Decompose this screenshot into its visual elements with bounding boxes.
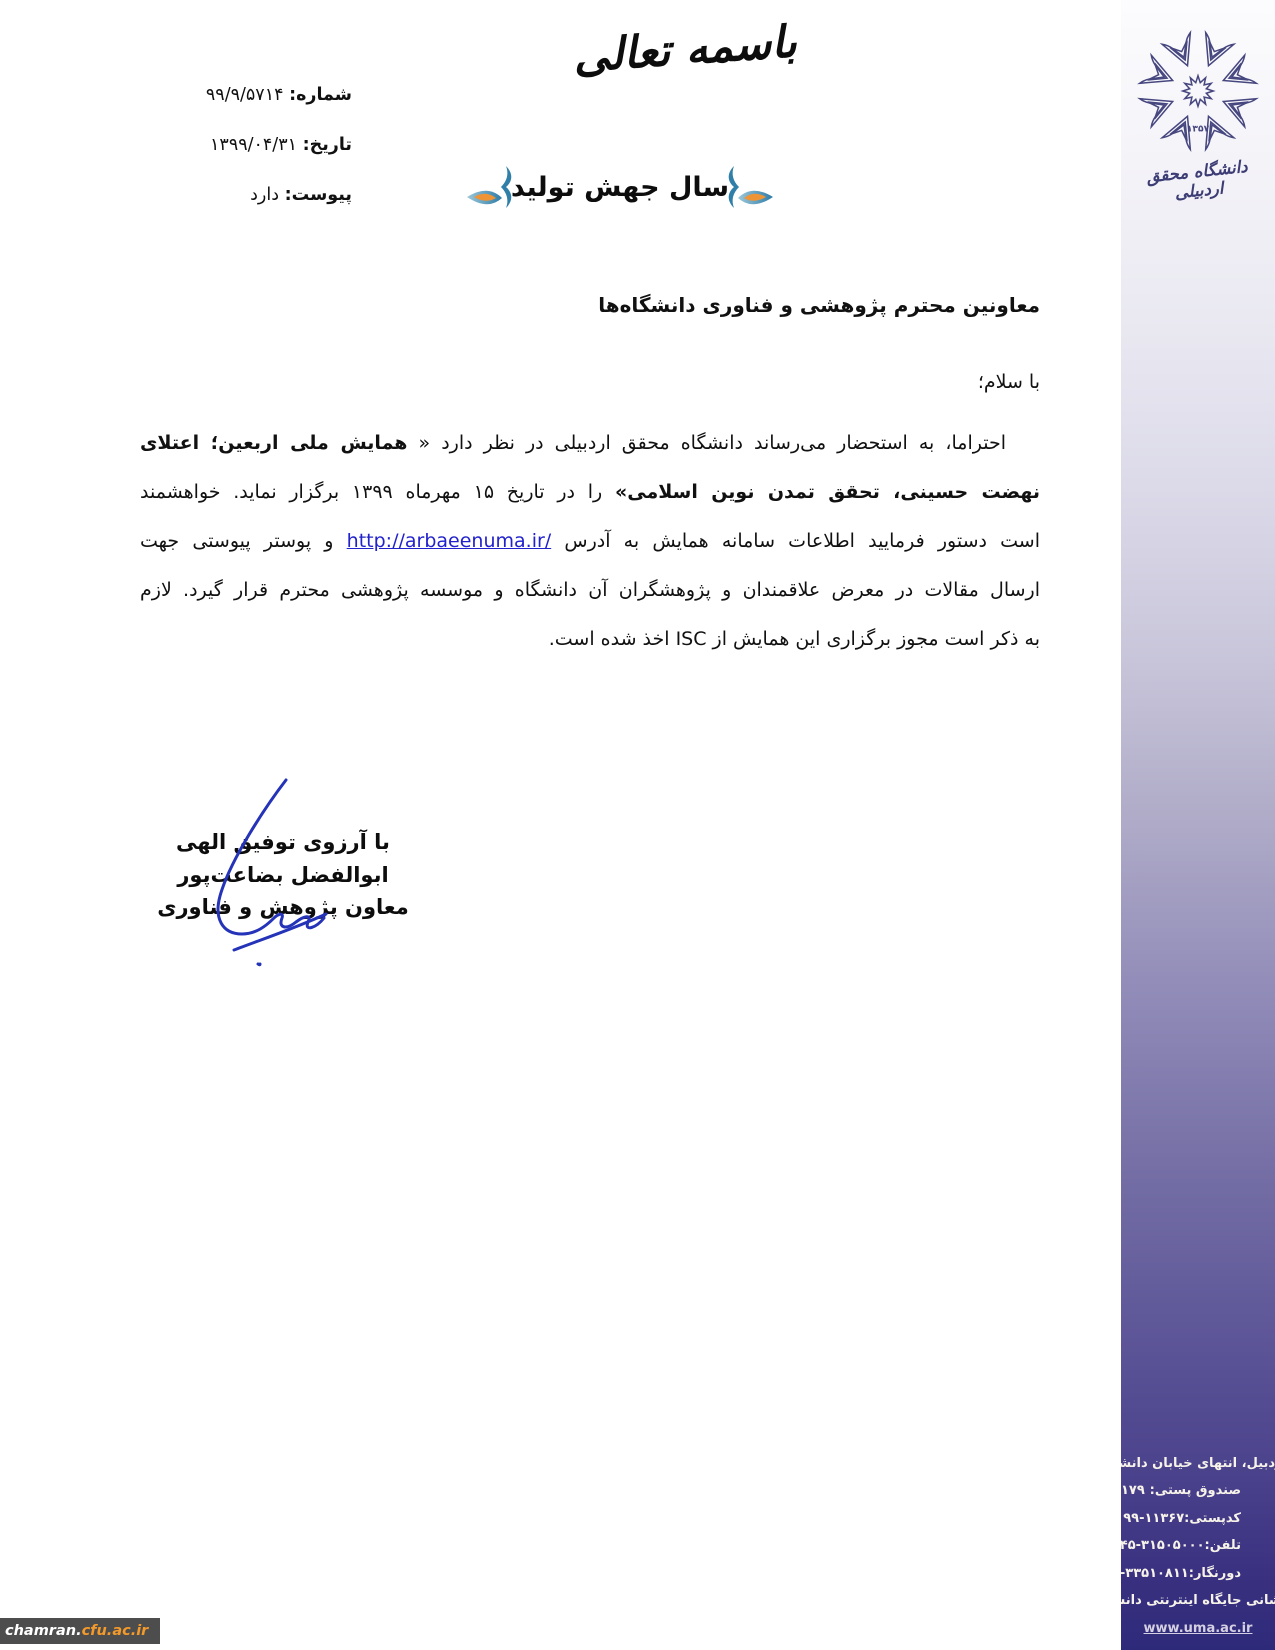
year-slogan-text: سال جهش تولید: [511, 172, 729, 203]
slogan-right-ornament-icon: [723, 158, 775, 216]
line3-text-a: است دستور فرمایید اطلاعات سامانه همایش ب…: [551, 530, 1040, 552]
handwritten-signature-scribble: [168, 768, 368, 978]
paragraph-line-2: نهضت حسینی، تحقق تمدن نوین اسلامی» را در…: [140, 468, 1040, 517]
paragraph-line-4: ارسال مقالات در معرض علاقمندان و پژوهشگر…: [140, 566, 1040, 615]
line1-bold-title: همایش ملی اربعین؛ اعتلای: [140, 432, 407, 454]
letter-number-value: ۹۹/۹/۵۷۱۴: [206, 85, 284, 105]
main-paragraph: احتراما، به استحضار می‌رساند دانشگاه محق…: [140, 419, 1040, 664]
fax-row: دورنگار: ۰۴۵-۳۳۵۱۰۸۱۱: [1121, 1560, 1275, 1588]
line5-text-a: به ذکر است مجوز برگزاری این همایش از: [707, 628, 1040, 650]
paragraph-line-5: به ذکر است مجوز برگزاری این همایش از ISC…: [140, 615, 1040, 664]
line4-text: ارسال مقالات در معرض علاقمندان و پژوهشگر…: [140, 579, 1040, 601]
phone-value: ۰۴۵-۳۱۵۰۵۰۰۰: [1121, 1532, 1205, 1560]
year-slogan-emblem: سال جهش تولید: [455, 152, 785, 222]
letter-attachment-value: دارد: [250, 185, 279, 205]
address-line: اردبیل، انتهای خیابان دانشگاه: [1121, 1450, 1275, 1478]
letter-body: معاونین محترم پژوهشی و فناوری دانشگاه‌ها…: [140, 293, 1040, 664]
letter-page: شماره: ۹۹/۹/۵۷۱۴ تاریخ: ۱۳۹۹/۰۴/۳۱ پیوست…: [0, 0, 1275, 1650]
line1-text: احتراما، به استحضار می‌رساند دانشگاه محق…: [407, 432, 1006, 454]
watermark-prefix: chamran.: [5, 1623, 82, 1639]
paragraph-line-1: احتراما، به استحضار می‌رساند دانشگاه محق…: [140, 419, 1040, 468]
university-name-calligraphy: دانشگاه محقق اردبیلی: [1121, 154, 1275, 208]
line3-text-b: و پوستر پیوستی جهت: [140, 530, 347, 552]
university-website-link[interactable]: www.uma.ac.ir: [1121, 1615, 1275, 1643]
fax-label: دورنگار:: [1189, 1560, 1241, 1588]
letter-date-label: تاریخ:: [303, 135, 352, 155]
pobox-value: ۱۷۹: [1121, 1477, 1145, 1505]
postalcode-row: کدپستی: ۵۶۱۹۹-۱۱۳۶۷: [1121, 1505, 1275, 1533]
watermark-suffix: cfu.ac.ir: [82, 1623, 149, 1639]
line2-bold-title: نهضت حسینی، تحقق تمدن نوین اسلامی»: [615, 481, 1040, 503]
letter-attachment: پیوست: دارد: [140, 170, 352, 220]
slogan-left-ornament-icon: [465, 158, 517, 216]
conference-url-link[interactable]: http://arbaeenuma.ir/: [347, 530, 552, 552]
letter-meta-block: شماره: ۹۹/۹/۵۷۱۴ تاریخ: ۱۳۹۹/۰۴/۳۱ پیوست…: [140, 70, 352, 220]
postalcode-label: کدپستی:: [1184, 1505, 1241, 1533]
bismillah-calligraphy: باسمه تعالی: [539, 14, 832, 85]
letter-number-label: شماره:: [289, 85, 352, 105]
university-emblem-icon: ۱۳۵۷: [1132, 28, 1264, 154]
recipient-line: معاونین محترم پژوهشی و فناوری دانشگاه‌ها: [140, 293, 1040, 317]
source-watermark-badge: chamran.cfu.ac.ir: [0, 1618, 160, 1644]
line5-text-b: اخذ شده است.: [549, 628, 676, 650]
pobox-label: صندوق پستی:: [1150, 1477, 1241, 1505]
line2-text: را در تاریخ ۱۵ مهرماه ۱۳۹۹ برگزار نماید.…: [140, 481, 615, 503]
letter-attachment-label: پیوست:: [285, 185, 352, 205]
letterhead-sidebar: ۱۳۵۷ دانشگاه محقق اردبیلی اردبیل، انتهای…: [1121, 0, 1275, 1650]
letter-date-value: ۱۳۹۹/۰۴/۳۱: [210, 135, 297, 155]
postalcode-value: ۵۶۱۹۹-۱۱۳۶۷: [1121, 1505, 1184, 1533]
salutation-line: با سلام؛: [140, 371, 1040, 393]
isc-acronym: ISC: [676, 628, 707, 650]
fax-value: ۰۴۵-۳۳۵۱۰۸۱۱: [1121, 1560, 1189, 1588]
website-label-line: نشانی جایگاه اینترنتی دانشگاه: [1121, 1587, 1275, 1615]
pobox-row: صندوق پستی: ۱۷۹: [1121, 1477, 1275, 1505]
letter-date: تاریخ: ۱۳۹۹/۰۴/۳۱: [140, 120, 352, 170]
paragraph-line-3: است دستور فرمایید اطلاعات سامانه همایش ب…: [140, 517, 1040, 566]
phone-label: تلفن:: [1205, 1532, 1241, 1560]
phone-row: تلفن: ۰۴۵-۳۱۵۰۵۰۰۰: [1121, 1532, 1275, 1560]
letter-number: شماره: ۹۹/۹/۵۷۱۴: [140, 70, 352, 120]
sidebar-contact-block: اردبیل، انتهای خیابان دانشگاه صندوق پستی…: [1121, 1450, 1275, 1643]
logo-founding-year: ۱۳۵۷: [1187, 125, 1210, 135]
university-logo: ۱۳۵۷ دانشگاه محقق اردبیلی: [1121, 28, 1275, 200]
